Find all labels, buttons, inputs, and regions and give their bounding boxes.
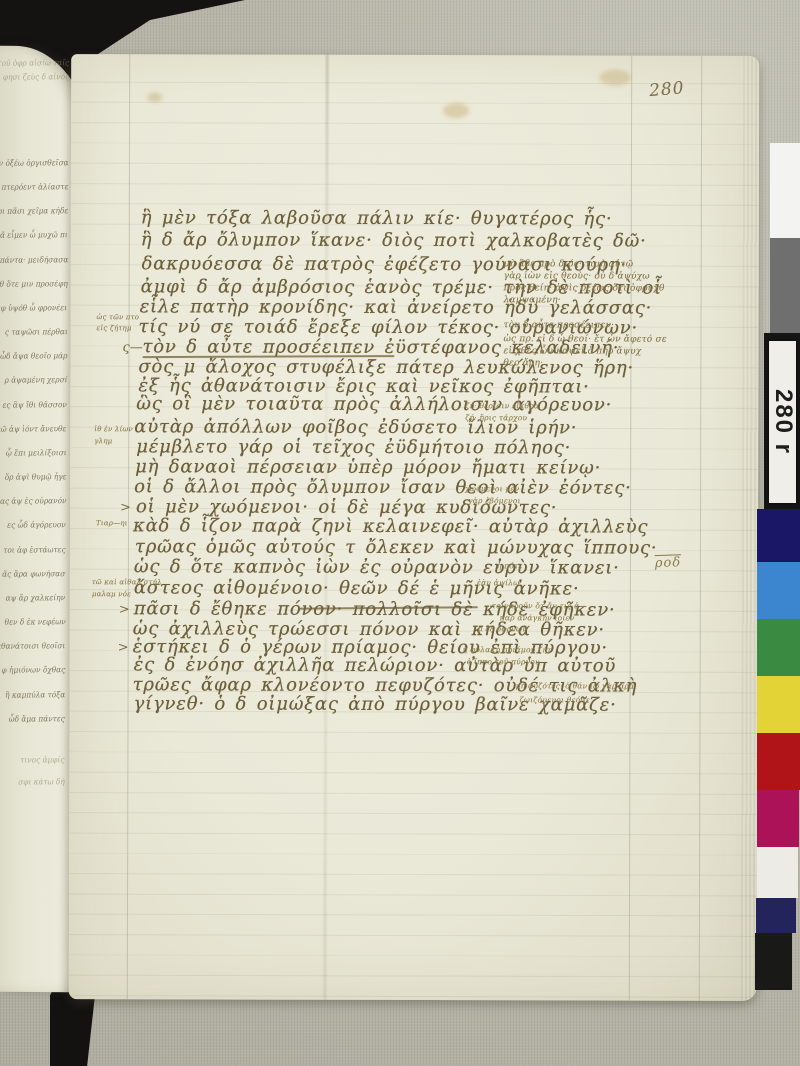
paragraph-mark: > [119,602,130,617]
verse-line: τρῶας ὁμῶς αὐτούς τ ὄλεκεν καὶ μώνυχας ἵ… [135,536,658,558]
right-scholion: εἰ χθὲς ὦν καψεῖ ὁ πὴρ ἄψυχ [503,346,641,356]
facing-fragment: ἐφ ὑψόθ ὦ φρονέει [0,303,68,313]
facing-fragment: σφι κάτω δή [18,777,65,786]
verse-line: κὰδ δ ἷζον παρὰ ζηνὶ κελαινεφεῖ· αὐτὰρ ἀ… [133,515,648,537]
facing-fragment: αψ ἄρ χαλκείην [6,593,65,602]
quire-mark: ροδ [655,555,682,571]
facing-fragment: σφι πᾶσι χεῖμα κήδε [0,206,68,216]
colorbar-dark-navy [756,898,796,933]
right-scholion: μὴ ἅδε πρὸ διός· τιμὴ αὐτῷ [504,259,634,269]
parchment-stain [443,103,469,118]
facing-fragment: φησι ζεὺς δ αἰνός [3,72,69,82]
right-margin-note: ἡ πότε [497,561,523,570]
parchment-stain [599,69,631,85]
right-scholion: λαμψαμένη· [504,295,561,305]
folio-number: 280 [648,78,685,101]
facing-fragment: θ ὅτε μιν προσέφη [0,279,68,289]
facing-fragment: ἣ καμπύλα τόξα [5,690,65,699]
paragraph-mark: > [120,500,131,515]
left-margin-note: μαλαμ νόε [92,590,131,598]
right-margin-note: ζή· θεοῖσιν εἴκθρα [465,401,539,410]
colorbar-navy [757,509,800,562]
colorbar-black [755,933,792,990]
facing-fragment: ες ὧδ ἀγόρευον [7,520,66,529]
manuscript-page: 280 ροδ ἣ μὲν τόξα λαβοῦσα πάλιν κίε· θυ… [69,54,759,1001]
verse-line: ὣς οἳ μὲν τοιαῦτα πρὸς ἀλλήλοισιν ἀγόρευ… [136,393,612,415]
facing-fragment: μῶ ἀψ ἰόντ ἄνευθε [0,424,67,434]
left-margin-note: γλημ [94,437,112,445]
facing-fragment: πάντα· μειδήσασα [0,255,68,265]
right-scholion: ὡς πρ. εἰ δ ὦ θεοί· ἔτ ὦν ἄφετό σε [503,334,666,344]
facing-fragment: ἀθανάτοισι θεοῖσι [0,641,65,651]
facing-fragment: θεν δ ἐκ νεφέων [4,617,65,627]
right-margin-note: μ ἐξ ὀφρύων [478,624,527,633]
ruling-vertical-right-2 [699,56,702,1001]
verse-line: ὡς δ ὅτε καπνὸς ἰὼν ἐς οὐρανὸν εὐρὺν ἵκα… [134,556,620,578]
facing-fragment: ᾶ εἶμεν ὧ μυχῶ πι [0,230,68,240]
facing-fragment: τινος ἀμφίς [20,755,64,764]
right-scholion: πρὸς θείη· ἀψὶς ὀξέως ὅτι ὀφρυχθ [504,283,665,293]
facing-fragment: ν ὀξέω ὀργισθεῖσα [0,158,69,168]
right-margin-note: παρ ἀνάγκην ἴοιεν [500,613,575,622]
right-margin-note: χωόμενοι μὲν [465,484,519,493]
facing-fragment: τοι ἀφ ἑστάωτες [3,545,65,555]
colorbar-magenta [757,790,799,847]
verse-line: οἱ δ ἄλλοι πρὸς ὄλυμπον ἴσαν θεοὶ αἰὲν ἐ… [134,476,632,498]
facing-fragment: ᾧ ἔπι μειλίξοισι [6,448,67,457]
right-margin-note: μὴ φυζότες· ὁ θάν ἰὼ γὰρ ἄρα [516,681,635,690]
facing-fragment: ἢ πτερόεντ ἀλίαστε [0,182,68,192]
right-margin-note: ζή· ἥρις τάρχου [465,413,527,422]
verse-line: μὴ δαναοὶ πέρσειαν ὑπὲρ μόρον ἤματι κείν… [135,456,601,478]
paragraph-mark: > [118,640,129,655]
colorbar-green [757,619,800,676]
calibration-white-patch [770,143,800,238]
left-margin-note: τῶ καὶ αἰθαλ στήλ [92,578,162,586]
left-margin-note: εἰς ζήτημ [97,324,132,332]
verse-line: ἣ μὲν τόξα λαβοῦσα πάλιν κίε· θυγατέρος … [141,207,613,229]
facing-fragment: τοῦ ὀφρ αἰσίω ταῖς [0,58,69,68]
left-margin-note: ὡς τῶν πτο [97,313,140,321]
left-margin-note: ἰθ ἑν λίων [94,425,133,433]
right-margin-note: ζωιζόμενοι θεόσε [520,695,590,704]
folio-side-label: 280 r [769,341,796,503]
paragraph-mark: ς— [122,340,142,355]
right-margin-note: ὁ ἵππο τοῦ πύργου [467,657,540,666]
verse-line: ἐς δ ἐνόησ ἀχιλλῆα πελώριον· αὐτὰρ ὑπ αὐ… [134,654,617,676]
calibration-gray-patch [770,238,800,333]
facing-fragment: ες ἂψ ἴθι θᾶσσον [2,400,66,410]
left-margin-note: Τιαρ—ηι [96,519,128,527]
right-margin-note: τοιγαροῦν ὅτ ἄν τις ἁ— [492,601,587,610]
right-margin-note: ἐὰν ἀψίλω [477,578,520,587]
manuscript-photo: { "folio": { "page_number": "280", "side… [0,0,800,1066]
verse-line: μέμβλετο γάρ οἱ τεῖχος ἐϋδμήτοιο πόληος· [136,436,571,458]
right-scholion: θεο ἄρη· [503,358,543,368]
verse-line: εἷλε πατὴρ κρονίδης· καὶ ἀνείρετο ἡδὺ γε… [140,296,653,318]
facing-fragment: φ ἡμιόνων ὄχθας [1,665,65,675]
folio-side-label-text: 280 r [769,389,797,455]
facing-fragment: ᾶς ἄρα φωνήσασ [3,569,66,579]
facing-fragment: ας ἀψ ἐς οὐρανόν [0,496,66,506]
right-margin-note: ἡ φυλακὴ πριάμου ζήτ [463,645,552,654]
facing-fragment: ὅρ ἀψὶ θυμῷ ἦγε [4,472,66,482]
right-margin-note: γὰρ ἐβόμενοι [468,496,521,505]
fore-edge-striations [741,56,759,1001]
colorbar-red [757,733,800,790]
facing-fragment: ς ταψῶσι πέρθαι [4,327,67,337]
calibration-black-patch [764,333,800,509]
colorbar-yellow [757,676,800,733]
facing-fragment: ὧδ ἅμα πάντες [8,714,64,723]
facing-fragment: ὧδ ἄψα θεοῖο μάρ [0,351,67,361]
colorbar-white [757,847,798,898]
right-scholion: γὰρ ἰὼν εἰς θεοὺς· οὐ δ ἀψύχω [504,271,650,281]
facing-fragment: ρ ἀψαμένη χερσί [4,375,67,385]
verse-line: ἣ δ ἄρ ὄλυμπον ἵκανε· διὸς ποτὶ χαλκοβατ… [141,229,647,251]
colorbar-blue [757,562,800,619]
parchment-stain [147,92,162,102]
right-scholion: τὸν δ αὖτε προσέειπεν· [504,320,615,330]
